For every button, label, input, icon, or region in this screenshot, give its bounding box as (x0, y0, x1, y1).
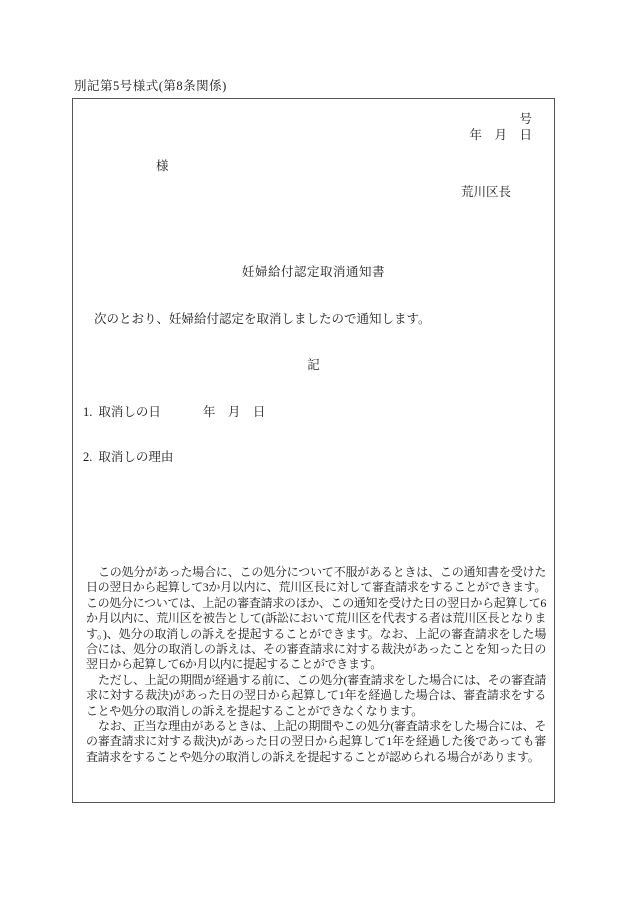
appeal-paragraph-3: なお、正当な理由があるときは、上記の期間やこの処分(審査請求をした場合には、その… (86, 719, 546, 765)
appeal-paragraph-1: この処分があった場合に、この処分について不服があるときは、この通知書を受けた日の… (86, 565, 546, 673)
addressee-field: 様 (156, 156, 169, 174)
notice-intro: 次のとおり、妊婦給付認定を取消しましたので通知します。 (94, 309, 544, 327)
appeal-paragraph-2: ただし、上記の期間が経過する前に、この処分(審査請求をした場合には、その審査請求… (86, 673, 546, 719)
revocation-reason-item: 2.取消しの理由 (83, 447, 173, 465)
revocation-date-value: 年 月 日 (203, 405, 266, 419)
issue-date-field: 年 月 日 (469, 125, 532, 143)
record-marker: 記 (73, 355, 554, 373)
appeal-notice: この処分があった場合に、この処分について不服があるときは、この通知書を受けた日の… (86, 565, 546, 765)
item-label: 取消しの理由 (98, 450, 173, 464)
item-number: 1. (83, 405, 92, 419)
form-label: 別記第5号様式(第8条関係) (74, 76, 227, 94)
notice-box: 号 年 月 日 様 荒川区長 妊婦給付認定取消通知書 次のとおり、妊婦給付認定を… (72, 98, 555, 803)
notice-title: 妊婦給付認定取消通知書 (73, 262, 554, 280)
item-number: 2. (83, 450, 92, 464)
document-page: 別記第5号様式(第8条関係) 号 年 月 日 様 荒川区長 妊婦給付認定取消通知… (0, 0, 630, 903)
addressee-honorific: 様 (156, 159, 169, 173)
item-label: 取消しの日 (98, 405, 161, 419)
sender-name: 荒川区長 (461, 182, 511, 200)
revocation-date-item: 1.取消しの日年 月 日 (83, 402, 265, 420)
revocation-reason-blank-area (83, 465, 544, 561)
